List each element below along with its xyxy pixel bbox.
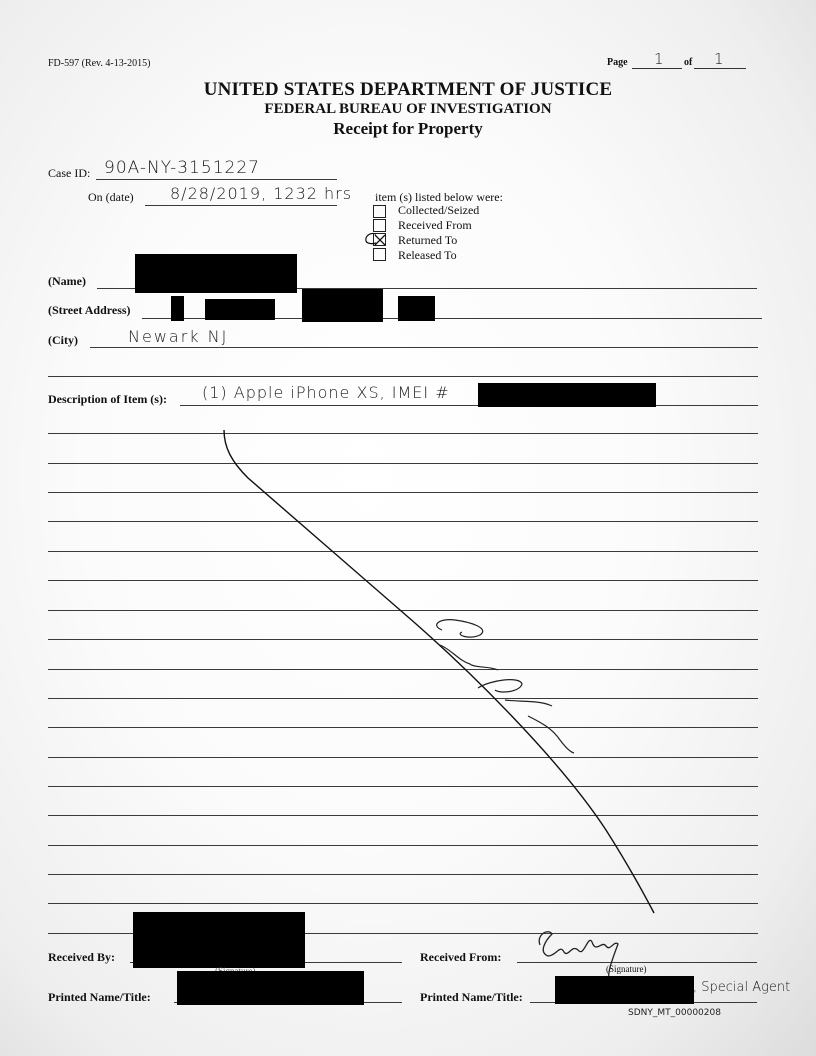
option-label-received-from: Received From [398, 218, 472, 233]
checkbox-released-to[interactable] [373, 248, 386, 261]
blank-line [48, 903, 758, 904]
street-redaction-2 [205, 299, 275, 320]
street-redaction-3 [302, 289, 383, 322]
date-field[interactable]: 8/28/2019, 1232 hrs [170, 184, 352, 203]
description-label: Description of Item (s): [48, 392, 167, 407]
city-label: (City) [48, 333, 78, 348]
case-id-field[interactable]: 90A-NY-3151227 [104, 158, 260, 178]
description-field[interactable]: (1) Apple iPhone XS, IMEI # [202, 383, 450, 402]
page-of-label: of [684, 57, 692, 68]
option-label-released-to: Released To [398, 248, 457, 263]
blank-line [48, 433, 758, 434]
printed-name-label-right: Printed Name/Title: [420, 990, 523, 1005]
street-label: (Street Address) [48, 303, 131, 318]
received-by-label: Received By: [48, 950, 115, 965]
page-total-field[interactable]: 1 [694, 54, 746, 69]
title-bureau: FEDERAL BUREAU OF INVESTIGATION [0, 101, 816, 118]
form-number: FD-597 (Rev. 4-13-2015) [48, 58, 150, 69]
date-label: On (date) [88, 190, 134, 205]
page-indicator: Page [607, 57, 628, 68]
imei-redaction [478, 383, 656, 407]
bates-number: SDNY_MT_00000208 [628, 1008, 721, 1018]
printed-title-right[interactable]: , Special Agent [693, 980, 790, 995]
printed-name-redaction-left [177, 971, 364, 1005]
check-loop-mark-icon [364, 230, 384, 250]
page-current-field[interactable]: 1 [632, 54, 682, 69]
blank-line [48, 610, 758, 611]
case-id-underline [96, 179, 337, 180]
blank-line [48, 815, 758, 816]
title-department: UNITED STATES DEPARTMENT OF JUSTICE [0, 79, 816, 101]
blank-line [48, 639, 758, 640]
received-from-label: Received From: [420, 950, 501, 965]
page-current-value: 1 [654, 50, 665, 68]
blank-line [48, 580, 758, 581]
blank-line [48, 786, 758, 787]
printed-name-redaction-right [555, 976, 694, 1004]
received-by-redaction [133, 912, 305, 968]
blank-line-above-description [48, 376, 758, 377]
blank-line [48, 669, 758, 670]
blank-line [48, 698, 758, 699]
option-label-returned-to: Returned To [398, 233, 457, 248]
blank-line [48, 521, 758, 522]
page-label: Page [607, 57, 628, 68]
description-underline [180, 405, 758, 406]
blank-line [48, 845, 758, 846]
printed-name-label-left: Printed Name/Title: [48, 990, 151, 1005]
blank-line [48, 874, 758, 875]
name-redaction [135, 254, 297, 293]
date-underline [145, 205, 337, 206]
case-id-label: Case ID: [48, 166, 90, 181]
blank-line [48, 492, 758, 493]
city-field[interactable]: Newark NJ [128, 327, 228, 346]
city-underline [90, 347, 758, 348]
checkbox-collected-seized[interactable] [373, 205, 386, 218]
street-redaction-4 [398, 296, 435, 321]
street-redaction-1 [171, 296, 184, 321]
blank-line [48, 757, 758, 758]
received-from-signature-caption: (Signature) [606, 964, 647, 974]
blank-line [48, 463, 758, 464]
page-total-value: 1 [714, 50, 725, 68]
name-label: (Name) [48, 274, 86, 289]
blank-line [48, 727, 758, 728]
blank-line [48, 551, 758, 552]
option-label-collected-seized: Collected/Seized [398, 203, 479, 218]
received-from-underline [517, 962, 757, 963]
title-receipt: Receipt for Property [0, 119, 816, 139]
